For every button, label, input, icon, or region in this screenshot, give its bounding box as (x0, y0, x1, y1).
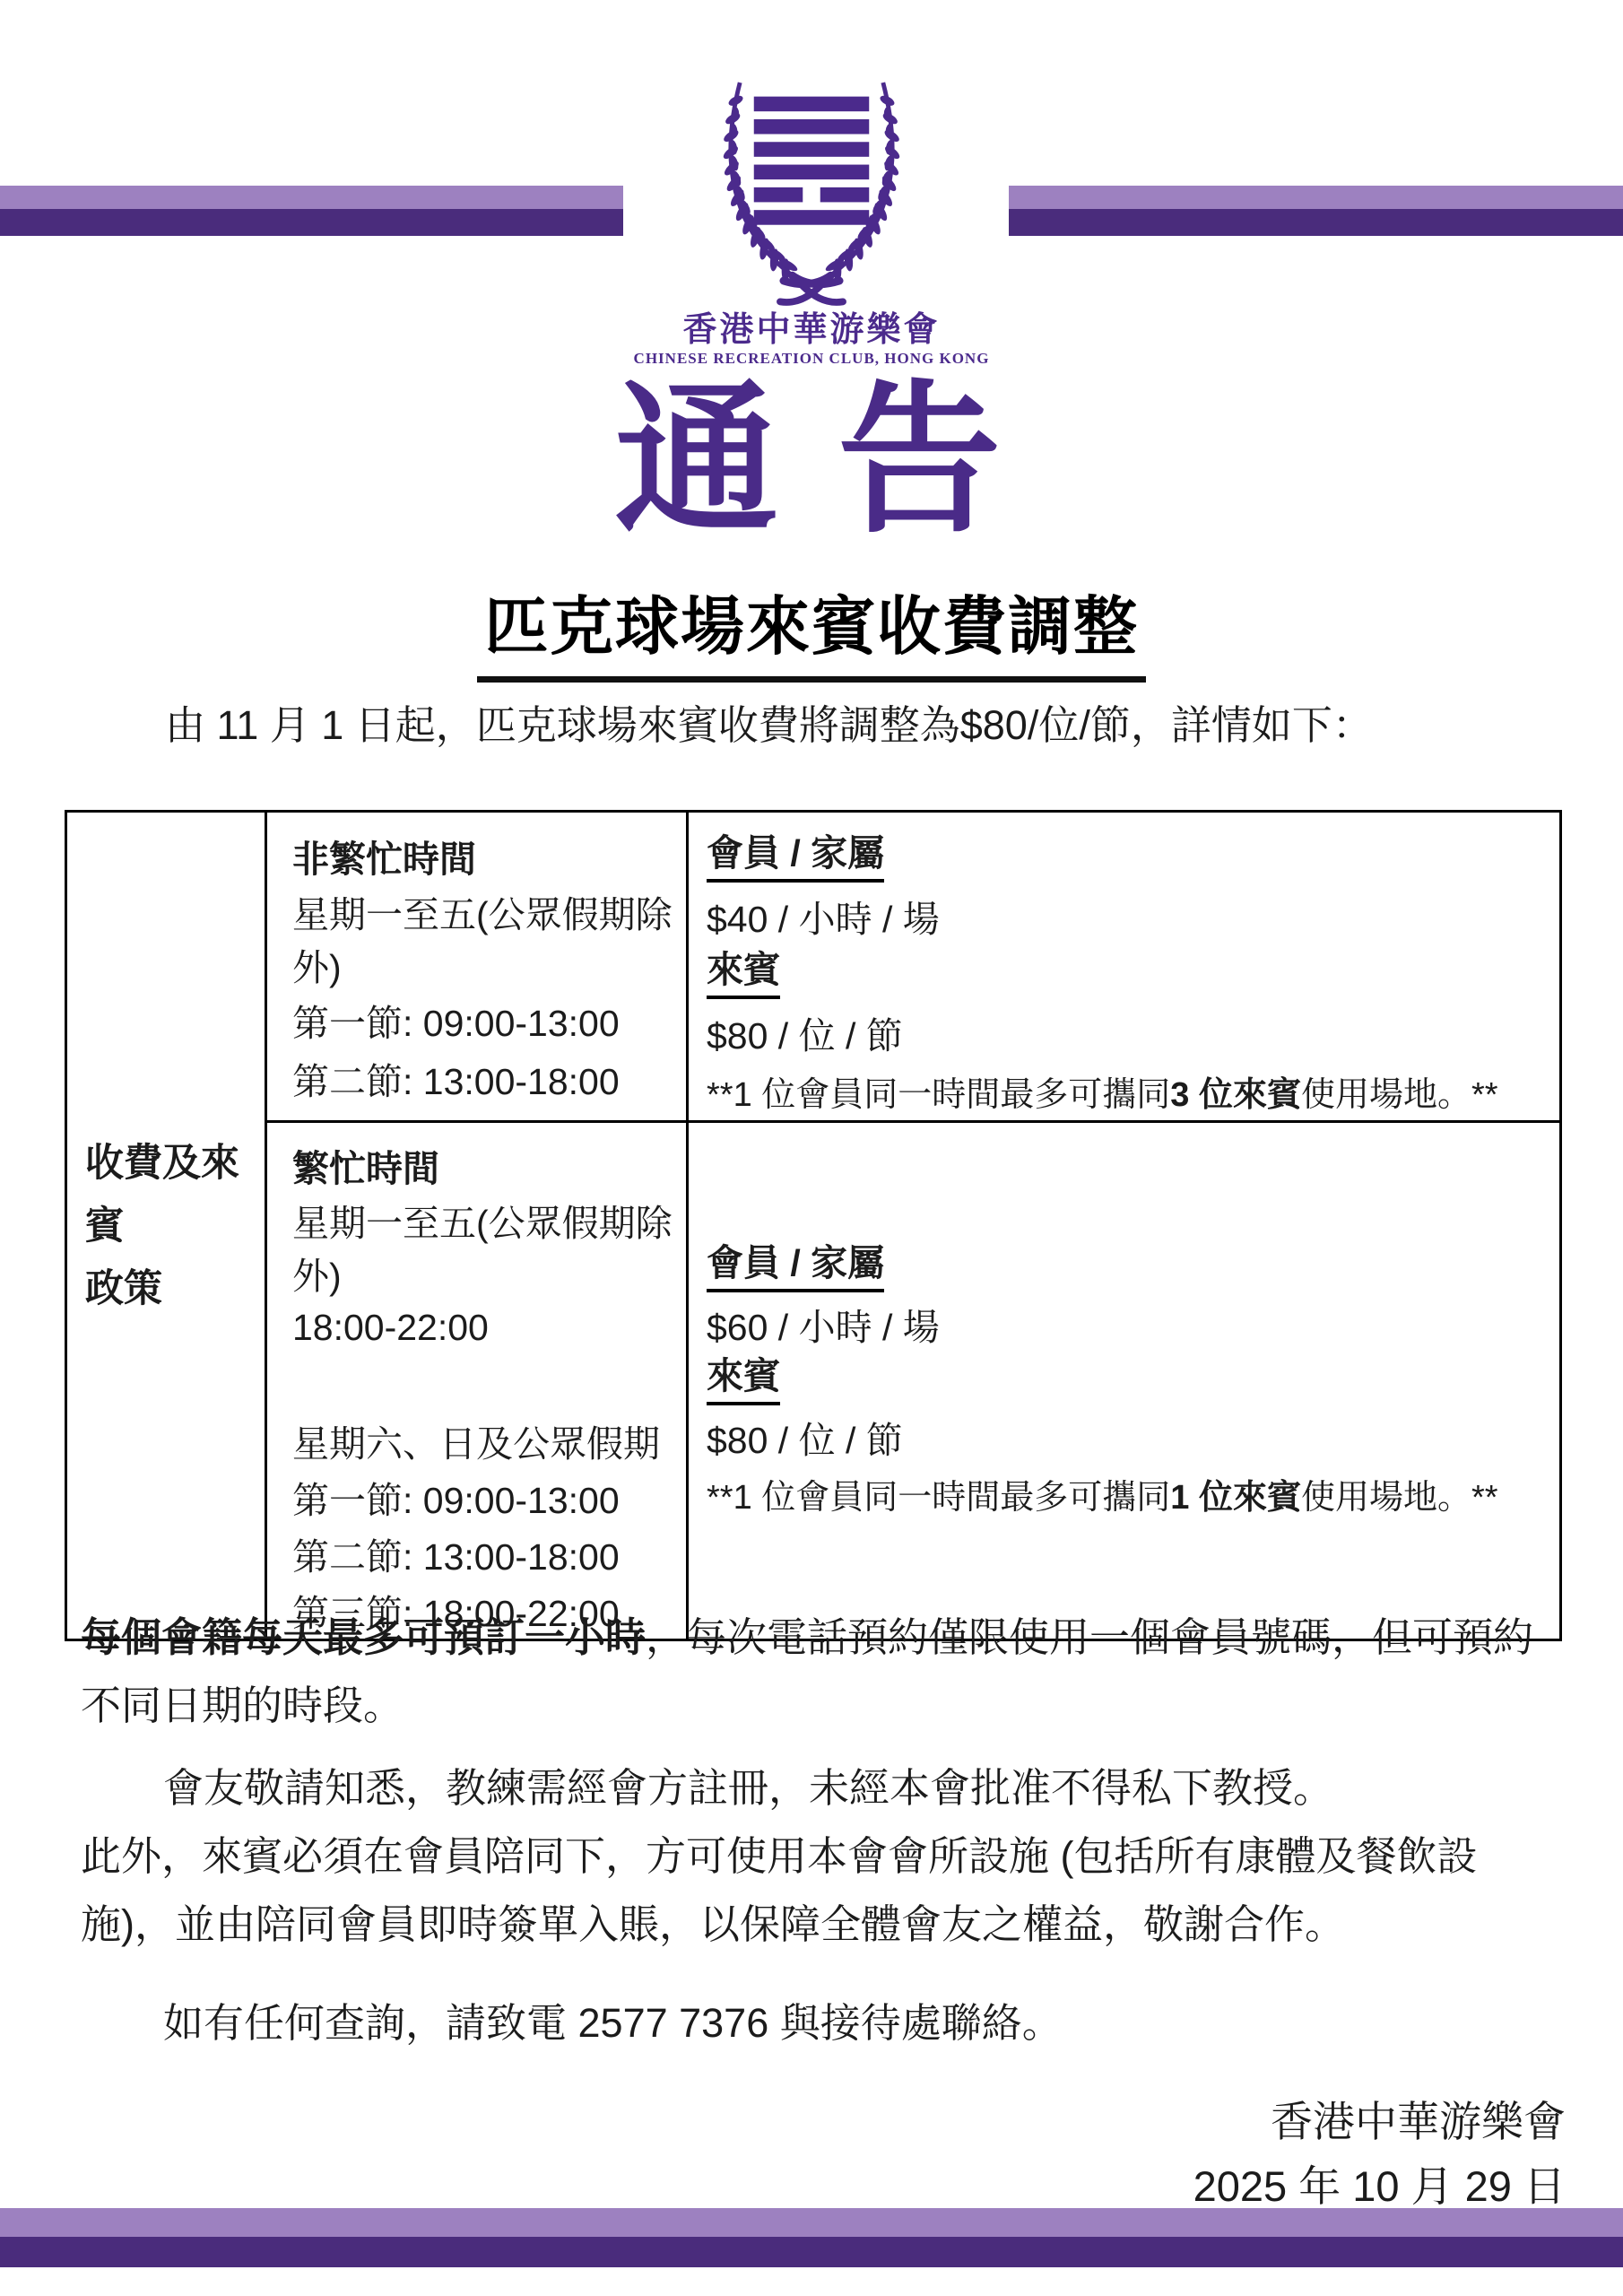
period-line (292, 1356, 677, 1413)
member-price: $40 / 小時 / 場 (707, 887, 1550, 945)
bottom-bar-light (0, 2208, 1623, 2237)
member-price: $60 / 小時 / 場 (707, 1296, 1550, 1352)
category-line: 收費及來賓 (85, 1132, 264, 1257)
top-right-bar-light (1009, 186, 1623, 209)
peak-fees-cell: 會員 / 家屬 $60 / 小時 / 場 來賓 $80 / 位 / 節 **1 … (688, 1122, 1561, 1640)
club-name-english: CHINESE RECREATION CLUB, HONG KONG (0, 350, 1623, 368)
period-line: 第一節: 09:00-13:00 (292, 1469, 677, 1526)
coach-policy-paragraph: 會友敬請知悉，教練需經會方註冊，未經本會批准不得私下教授。 (81, 1754, 1571, 1822)
notice-subtitle: 匹克球場來賓收費調整 (477, 576, 1146, 683)
period-line: 星期一至五(公眾假期除外) (292, 1194, 677, 1300)
guest-accompany-paragraph: 此外，來賓必須在會員陪同下，方可使用本會會所設施 (包括所有康體及餐飲設施)，並… (81, 1822, 1571, 1959)
peak-period-cell: 繁忙時間 星期一至五(公眾假期除外) 18:00-22:00 星期六、日及公眾假… (266, 1122, 688, 1640)
enquiry-paragraph: 如有任何查詢，請致電 2577 7376 與接待處聯絡。 (81, 1989, 1571, 2057)
fee-table: 收費及來賓 政策 非繁忙時間 星期一至五(公眾假期除外) 第一節: 09:00-… (65, 810, 1562, 1641)
guest-price: $80 / 位 / 節 (707, 1409, 1550, 1465)
period-title: 繁忙時間 (292, 1137, 677, 1194)
guest-price: $80 / 位 / 節 (707, 1004, 1550, 1062)
category-line: 政策 (85, 1257, 264, 1320)
signoff-organisation: 香港中華游樂會 (1193, 2090, 1566, 2154)
guest-label: 來賓 (707, 950, 780, 998)
period-line: 星期六、日及公眾假期 (292, 1413, 677, 1469)
period-line: 星期一至五(公眾假期除外) (292, 885, 677, 991)
period-line: 第二節: 13:00-18:00 (292, 1049, 677, 1108)
coach-and-guest-policy-paragraphs: 會友敬請知悉，教練需經會方註冊，未經本會批准不得私下教授。 此外，來賓必須在會員… (81, 1754, 1571, 1959)
period-line: 第二節: 13:00-18:00 (292, 1526, 677, 1582)
guest-label-line: 來賓 (707, 1352, 1550, 1409)
period-title: 非繁忙時間 (292, 827, 677, 885)
guest-label-line: 來賓 (707, 945, 1550, 1004)
guest-label: 來賓 (707, 1356, 780, 1405)
table-category-cell: 收費及來賓 政策 (66, 812, 266, 1640)
guest-limit-note: **1 位會員同一時間最多可攜同 1 位來賓使用場地。** (707, 1465, 1550, 1522)
booking-limit-paragraph: 每個會籍每天最多可預訂一小時，每次電話預約僅限使用一個會員號碼，但可預約不同日期… (81, 1604, 1571, 1740)
laurel-wreath-emblem-icon (686, 52, 937, 314)
top-right-bar-dark (1009, 209, 1623, 236)
notice-title: 通 告 (0, 366, 1623, 555)
intro-paragraph: 由 11 月 1 日起，匹克球場來賓收費將調整為$80/位/節，詳情如下： (82, 692, 1569, 759)
signoff-block: 香港中華游樂會 2025 年 10 月 29 日 (1193, 2090, 1566, 2219)
top-left-bar-dark (0, 209, 623, 236)
offpeak-period-cell: 非繁忙時間 星期一至五(公眾假期除外) 第一節: 09:00-13:00 第二節… (266, 812, 688, 1122)
member-label-line: 會員 / 家屬 (707, 829, 1550, 887)
member-label-line: 會員 / 家屬 (707, 1239, 1550, 1296)
offpeak-fees-cell: 會員 / 家屬 $40 / 小時 / 場 來賓 $80 / 位 / 節 **1 … (688, 812, 1561, 1122)
bottom-bar-dark (0, 2237, 1623, 2267)
period-line: 18:00-22:00 (292, 1300, 677, 1356)
notice-page: 香港中華游樂會 CHINESE RECREATION CLUB, HONG KO… (0, 0, 1623, 2296)
club-name-chinese: 香港中華游樂會 (0, 301, 1623, 351)
top-left-bar-light (0, 186, 623, 209)
guest-limit-note: **1 位會員同一時間最多可攜同 3 位來賓使用場地。** (707, 1062, 1550, 1120)
period-line: 第一節: 09:00-13:00 (292, 991, 677, 1049)
member-label: 會員 / 家屬 (707, 1243, 884, 1291)
phone-number: 2577 7376 (578, 2000, 769, 2046)
notice-subtitle-row: 匹克球場來賓收費調整 (0, 576, 1623, 683)
member-label: 會員 / 家屬 (707, 833, 884, 882)
